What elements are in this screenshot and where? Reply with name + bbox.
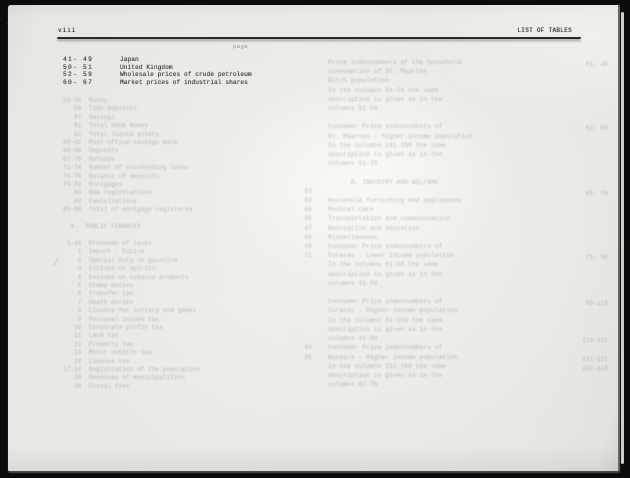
table-page-range: 60- 67 bbox=[63, 79, 120, 87]
bleedthrough-middle-numbers: 63 64 65 66 67 68 69 71 94 95 bbox=[292, 58, 312, 362]
table-title: United Kingdom bbox=[120, 64, 173, 72]
table-list-row: 52- 59Wholesale prices of crude petroleu… bbox=[63, 71, 252, 79]
table-page-range: 52- 59 bbox=[63, 71, 120, 79]
scanned-page: viii LIST OF TABLES page 41- 49Japan50- … bbox=[8, 5, 620, 471]
bleedthrough-left-column: 53-55 Money 56 Time deposits 57 Savings … bbox=[63, 97, 200, 391]
table-list-row: 41- 49Japan bbox=[63, 56, 252, 64]
pen-mark: / bbox=[53, 254, 59, 270]
folio-page-number: viii bbox=[58, 27, 76, 34]
table-page-range: 41- 49 bbox=[63, 56, 120, 64]
table-title: Wholesale prices of crude petroleum bbox=[120, 71, 252, 79]
underlying-page-edge bbox=[621, 12, 624, 464]
table-of-tables: 41- 49Japan50- 51United Kingdom52- 59Who… bbox=[63, 56, 252, 86]
page-column-label: page bbox=[233, 43, 248, 50]
bleedthrough-right-numbers: 61- 48 62- 69 61- 70 71- 98 99-113 114-1… bbox=[558, 60, 608, 373]
bleedthrough-middle-column: Price indexnumbers of the household cons… bbox=[328, 58, 473, 389]
header-rule bbox=[57, 37, 581, 39]
running-title: LIST OF TABLES bbox=[517, 27, 572, 34]
scanner-background: viii LIST OF TABLES page 41- 49Japan50- … bbox=[0, 0, 630, 478]
table-page-range: 50- 51 bbox=[63, 64, 120, 72]
table-title: Japan bbox=[120, 56, 139, 64]
table-list-row: 50- 51United Kingdom bbox=[63, 64, 252, 72]
table-title: Market prices of industrial shares bbox=[120, 79, 248, 87]
table-list-row: 60- 67Market prices of industrial shares bbox=[63, 79, 252, 87]
